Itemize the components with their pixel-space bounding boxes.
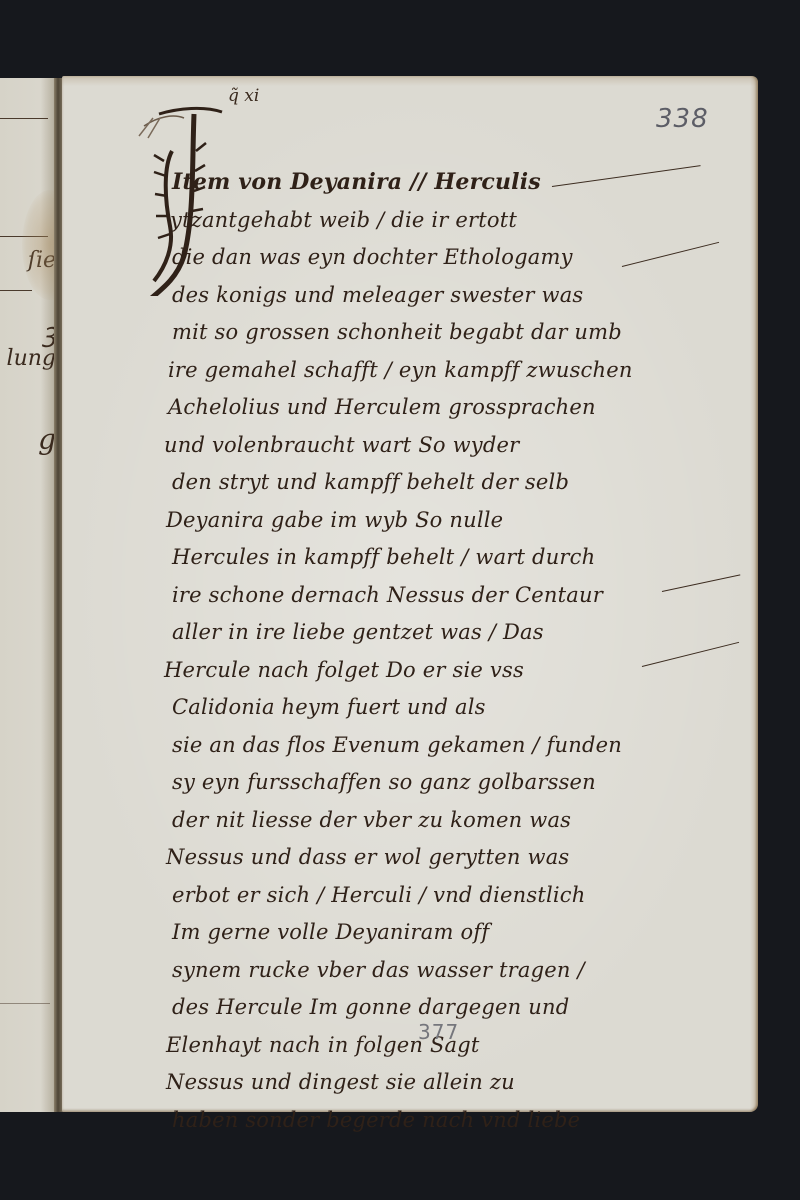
folio-number: 338 [656,104,709,134]
text-line: Nessus und dingest sie allein zu [166,1064,752,1102]
text-line: Nessus und dass er wol gerytten was [166,839,752,877]
text-line: den stryt und kampff behelt der selb [172,464,752,502]
text-line: die dan was eyn dochter Ethologamy [172,239,752,277]
text-line: ire gemahel schafft / eyn kampff zwusche… [168,352,752,390]
text-line: ytzantgehabt weib / die ir ertott [170,202,752,240]
ruled-line [0,118,48,119]
text-line: synem rucke vber das wasser tragen / [172,952,752,990]
text-line: des Hercule Im gonne dargegen und [172,989,752,1027]
text-line: des konigs und meleager swester was [172,277,752,315]
text-line: Hercules in kampff behelt / wart durch [172,539,752,577]
archival-page-number: 377 [418,1020,459,1044]
text-line: Calidonia heym fuert und als [172,689,752,727]
ruled-line [0,290,32,291]
manuscript-text: Item von Deyanira // Herculis ytzantgeha… [172,164,752,1139]
text-line: der nit liesse der vber zu komen was [172,802,752,840]
text-line: Deyanira gabe im wyb So nulle [166,502,752,540]
text-line: Hercule nach folget Do er sie vss [164,652,752,690]
text-line: sie an das flos Evenum gekamen / funden [172,727,752,765]
ruled-line [0,1003,50,1004]
text-line: aller in ire liebe gentzet was / Das [172,614,752,652]
manuscript-page: 338 q̃ xi Item von Deyanira // Herculis … [62,76,758,1112]
text-line: haben sonder begerde nach vnd liebe [172,1102,752,1140]
left-page-text: lung [7,346,56,371]
text-line: ire schone dernach Nessus der Centaur [172,577,752,615]
text-line: sy eyn fursschaffen so ganz golbarssen [172,764,752,802]
text-line: und volenbraucht wart So wyder [164,427,752,465]
text-line: Im gerne volle Deyaniram off [172,914,752,952]
marginal-note: q̃ xi [228,86,259,106]
text-line: Achelolius und Herculem grossprachen [168,389,752,427]
text-line: erbot er sich / Herculi / vnd dienstlich [172,877,752,915]
text-line: mit so grossen schonheit begabt dar umb [172,314,752,352]
